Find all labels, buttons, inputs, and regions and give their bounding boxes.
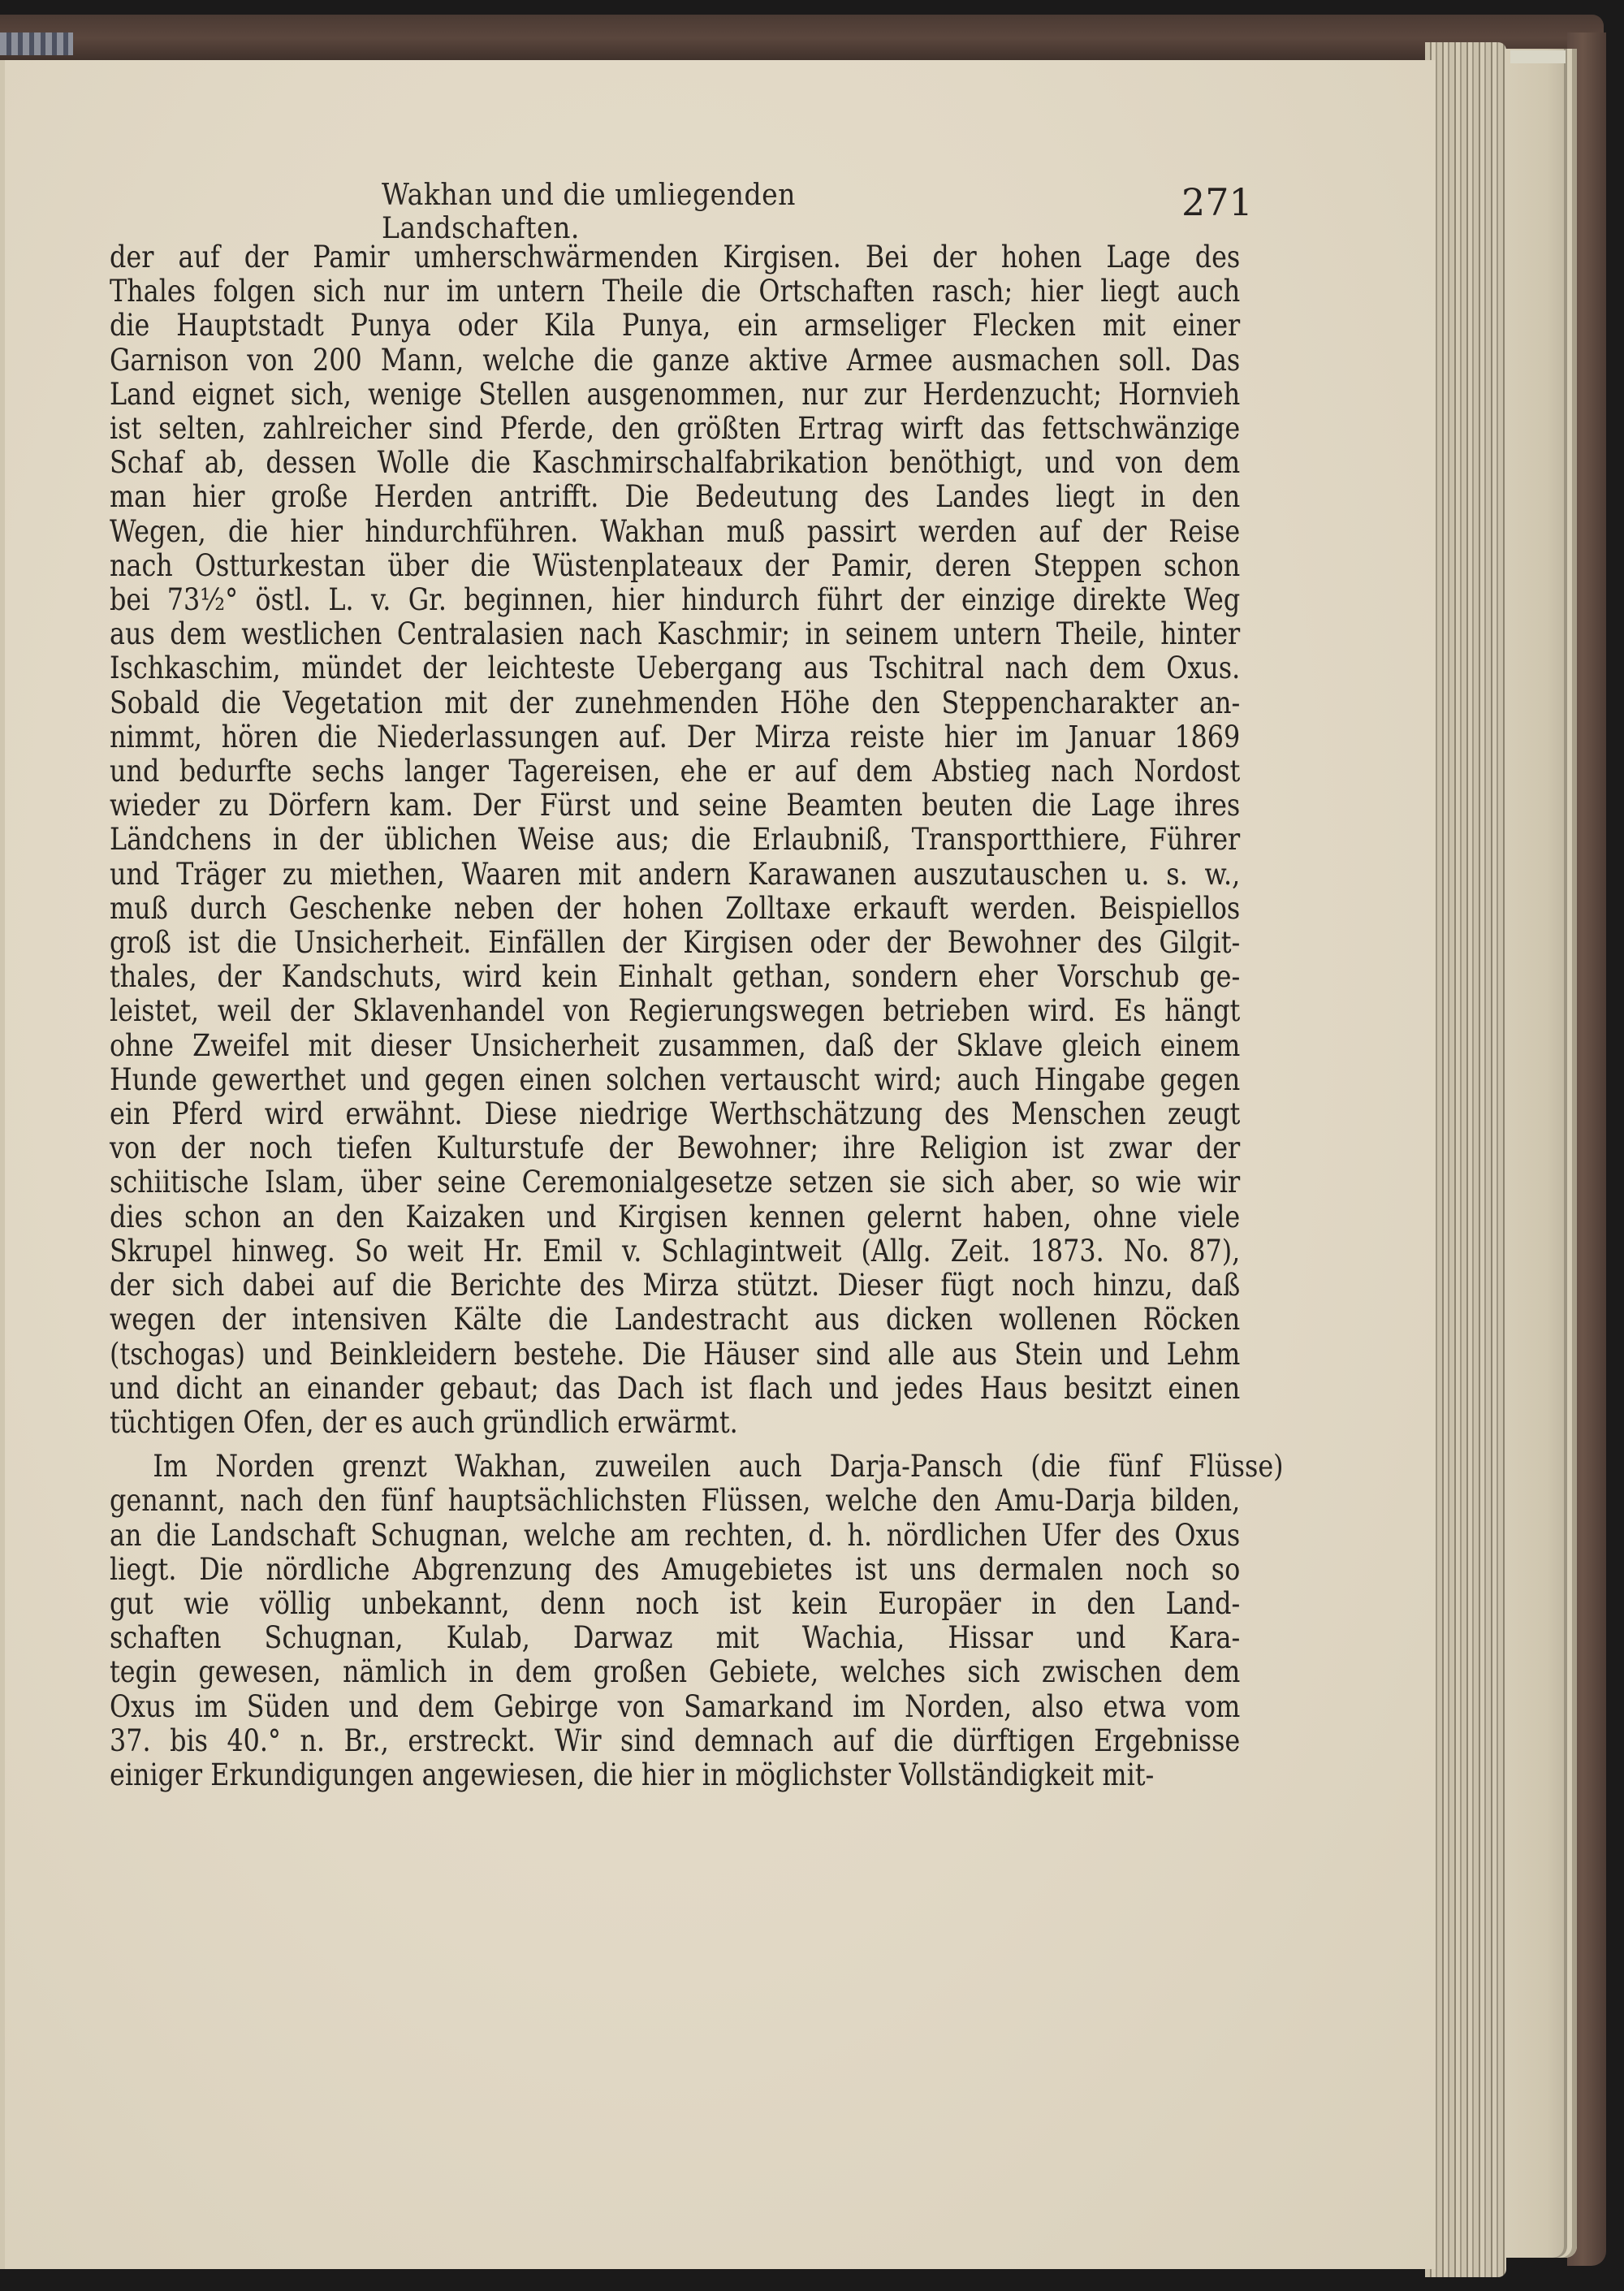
text-line: Skrupel hinweg. So weit Hr. Emil v. Schl… <box>110 1234 1240 1269</box>
running-head: Wakhan und die umliegenden Landschaften. <box>382 179 949 245</box>
text-line: thales, der Kandschuts, wird kein Einhal… <box>110 960 1240 994</box>
text-line: der sich dabei auf die Berichte des Mirz… <box>110 1269 1240 1303</box>
text-line: ist selten, zahlreicher sind Pferde, den… <box>110 412 1240 446</box>
text-line: Im Norden grenzt Wakhan, zuweilen auch D… <box>110 1450 1284 1484</box>
text-line: ein Pferd wird erwähnt. Diese niedrige W… <box>110 1097 1240 1131</box>
text-line: und dicht an einander gebaut; das Dach i… <box>110 1372 1240 1406</box>
text-line: Sobald die Vegetation mit der zunehmende… <box>110 686 1240 720</box>
page-number: 271 <box>1181 180 1253 224</box>
page-edges-front <box>1425 42 1506 2277</box>
text-line: tegin gewesen, nämlich in dem großen Geb… <box>110 1655 1240 1689</box>
text-line: wegen der intensiven Kälte die Landestra… <box>110 1303 1240 1337</box>
text-line: Ischkaschim, mündet der leichteste Ueber… <box>110 651 1240 685</box>
body-text: der auf der Pamir umherschwärmenden Kirg… <box>110 240 1240 1792</box>
text-line: gut wie völlig unbekannt, denn noch ist … <box>110 1587 1240 1621</box>
text-line: nach Ostturkestan über die Wüstenplateau… <box>110 549 1240 583</box>
paragraph-1: der auf der Pamir umherschwärmenden Kirg… <box>110 240 1240 1440</box>
text-line: der auf der Pamir umherschwärmenden Kirg… <box>110 240 1240 274</box>
text-line: (tschogas) und Beinkleidern bestehe. Die… <box>110 1338 1240 1372</box>
paragraph-2: Im Norden grenzt Wakhan, zuweilen auch D… <box>110 1450 1240 1792</box>
text-line: muß durch Geschenke neben der hohen Zoll… <box>110 892 1240 926</box>
text-line: ohne Zweifel mit dieser Unsicherheit zus… <box>110 1029 1240 1063</box>
text-line: wieder zu Dörfern kam. Der Fürst und sei… <box>110 789 1240 823</box>
text-line: bei 73½° östl. L. v. Gr. beginnen, hier … <box>110 583 1240 617</box>
text-line: Ländchens in der üblichen Weise aus; die… <box>110 823 1240 857</box>
text-line: schiitische Islam, über seine Ceremonial… <box>110 1165 1240 1200</box>
text-line: Schaf ab, dessen Wolle die Kaschmirschal… <box>110 446 1240 480</box>
text-line: leistet, weil der Sklavenhandel von Regi… <box>110 994 1240 1028</box>
text-line: Wegen, die hier hindurchführen. Wakhan m… <box>110 515 1240 549</box>
text-line: Land eignet sich, wenige Stellen ausgeno… <box>110 378 1240 412</box>
text-line: tüchtigen Ofen, der es auch gründlich er… <box>110 1406 1240 1440</box>
text-line: Hunde gewerthet und gegen einen solchen … <box>110 1063 1240 1097</box>
text-line: und bedurfte sechs langer Tagereisen, eh… <box>110 754 1240 789</box>
text-line: 37. bis 40.° n. Br., erstreckt. Wir sind… <box>110 1724 1240 1758</box>
text-line: und Träger zu miethen, Waaren mit andern… <box>110 858 1240 892</box>
page-edges-back <box>1502 49 1577 2258</box>
text-line: von der noch tiefen Kulturstufe der Bewo… <box>110 1131 1240 1165</box>
text-line: groß ist die Unsicherheit. Einfällen der… <box>110 926 1240 960</box>
text-line: an die Landschaft Schugnan, welche am re… <box>110 1519 1240 1553</box>
text-line: aus dem westlichen Centralasien nach Kas… <box>110 617 1240 651</box>
text-line: nimmt, hören die Niederlassungen auf. De… <box>110 720 1240 754</box>
text-line: einiger Erkundigungen angewiesen, die hi… <box>110 1758 1240 1792</box>
text-line: Thales folgen sich nur im untern Theile … <box>110 274 1240 309</box>
text-line: liegt. Die nördliche Abgrenzung des Amug… <box>110 1553 1240 1587</box>
text-line: Garnison von 200 Mann, welche die ganze … <box>110 344 1240 378</box>
text-line: schaften Schugnan, Kulab, Darwaz mit Wac… <box>110 1621 1240 1655</box>
text-line: genannt, nach den fünf hauptsächlichsten… <box>110 1484 1240 1518</box>
text-line: die Hauptstadt Punya oder Kila Punya, ei… <box>110 309 1240 343</box>
page-edge-cap <box>1510 50 1566 63</box>
book-cover-top <box>0 15 1604 62</box>
text-line: Oxus im Süden und dem Gebirge von Samark… <box>110 1690 1240 1724</box>
striped-object <box>0 32 73 55</box>
text-line: dies schon an den Kaizaken und Kirgisen … <box>110 1200 1240 1234</box>
text-line: man hier große Herden antrifft. Die Bede… <box>110 480 1240 514</box>
